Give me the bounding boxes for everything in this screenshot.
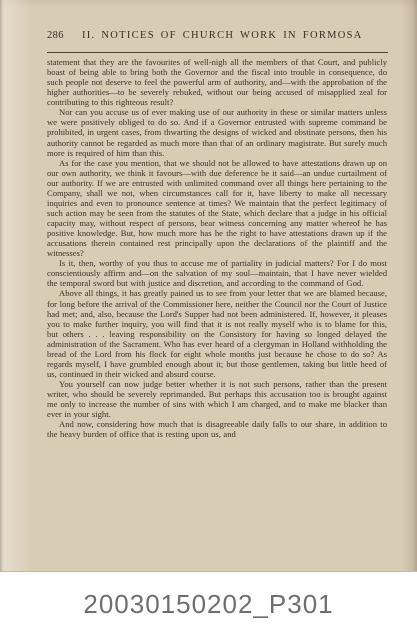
page-body-text: statement that they are the favourites o… (47, 57, 387, 439)
archive-label-strip: 20030150202_P301 (0, 572, 417, 640)
scanned-book-page: 286II. NOTICES OF CHURCH WORK IN FORMOSA… (0, 0, 417, 572)
scanned-document-frame: 286II. NOTICES OF CHURCH WORK IN FORMOSA… (0, 0, 417, 640)
paragraph: Is it, then, worthy of you thus to accus… (47, 258, 387, 288)
page-number: 286 (47, 30, 64, 41)
page-header: 286II. NOTICES OF CHURCH WORK IN FORMOSA (47, 30, 388, 53)
archive-id-label: 20030150202_P301 (83, 589, 333, 620)
paragraph: As for the case you mention, that we sho… (47, 158, 387, 259)
paragraph: You yourself can now judge better whethe… (47, 379, 387, 419)
running-title: II. NOTICES OF CHURCH WORK IN FORMOSA (82, 30, 363, 41)
paragraph: And now, considering how much that is di… (47, 419, 387, 439)
paragraph: Above all things, it has greatly pained … (47, 288, 387, 379)
paragraph: Nor can you accuse us of ever making use… (47, 107, 387, 157)
paragraph: statement that they are the favourites o… (47, 57, 387, 107)
